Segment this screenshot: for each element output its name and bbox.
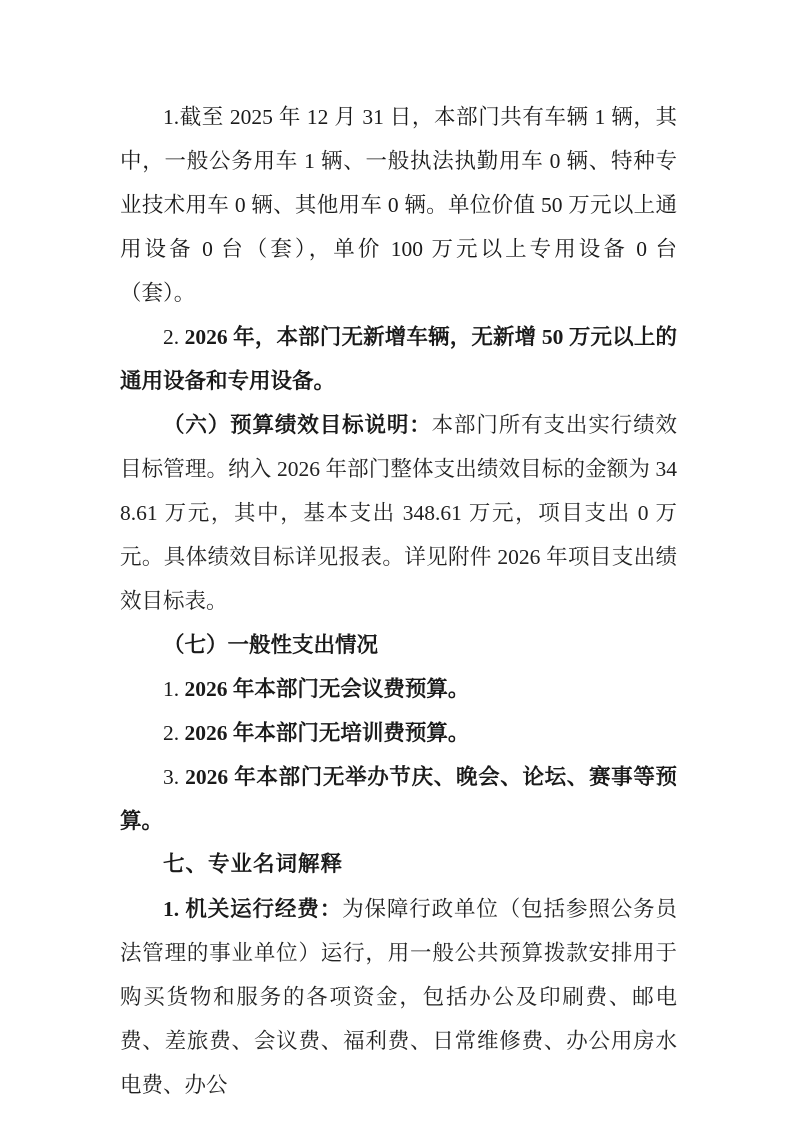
heading-general-expenditure: （七）一般性支出情况 [120, 623, 677, 667]
list-item-text: 2026 年本部门无会议费预算。 [185, 677, 470, 701]
paragraph-operating-funds-definition: 1. 机关运行经费：为保障行政单位（包括参照公务员法管理的事业单位）运行，用一般… [120, 887, 677, 1107]
list-item-text: 2026 年本部门无培训费预算。 [185, 721, 470, 745]
paragraph-new-assets-text: 2026 年，本部门无新增车辆，无新增 50 万元以上的通用设备和专用设备。 [120, 325, 677, 393]
list-number: 3. [163, 765, 185, 789]
document-page: 1.截至 2025 年 12 月 31 日，本部门共有车辆 1 辆，其中，一般公… [0, 0, 793, 1122]
list-number: 2. [163, 325, 185, 349]
performance-goals-body: 本部门所有支出实行绩效目标管理。纳入 2026 年部门整体支出绩效目标的金额为 … [120, 413, 677, 613]
text-block: 1.截至 2025 年 12 月 31 日，本部门共有车辆 1 辆，其中，一般公… [120, 95, 677, 1107]
operating-funds-term-body: 为保障行政单位（包括参照公务员法管理的事业单位）运行，用一般公共预算拨款安排用于… [120, 897, 677, 1097]
paragraph-new-assets: 2. 2026 年，本部门无新增车辆，无新增 50 万元以上的通用设备和专用设备… [120, 315, 677, 403]
paragraph-performance-goals: （六）预算绩效目标说明：本部门所有支出实行绩效目标管理。纳入 2026 年部门整… [120, 403, 677, 623]
operating-funds-term-label: 1. 机关运行经费： [163, 897, 342, 921]
list-item-text: 2026 年本部门无举办节庆、晚会、论坛、赛事等预算。 [120, 765, 677, 833]
performance-goals-label: （六）预算绩效目标说明： [163, 413, 432, 437]
list-item-no-events-budget: 3. 2026 年本部门无举办节庆、晚会、论坛、赛事等预算。 [120, 755, 677, 843]
paragraph-vehicle-inventory: 1.截至 2025 年 12 月 31 日，本部门共有车辆 1 辆，其中，一般公… [120, 95, 677, 315]
list-item-no-meeting-budget: 1. 2026 年本部门无会议费预算。 [120, 667, 677, 711]
list-number: 2. [163, 721, 185, 745]
list-number: 1. [163, 677, 185, 701]
heading-glossary: 七、专业名词解释 [120, 843, 677, 887]
list-item-no-training-budget: 2. 2026 年本部门无培训费预算。 [120, 711, 677, 755]
